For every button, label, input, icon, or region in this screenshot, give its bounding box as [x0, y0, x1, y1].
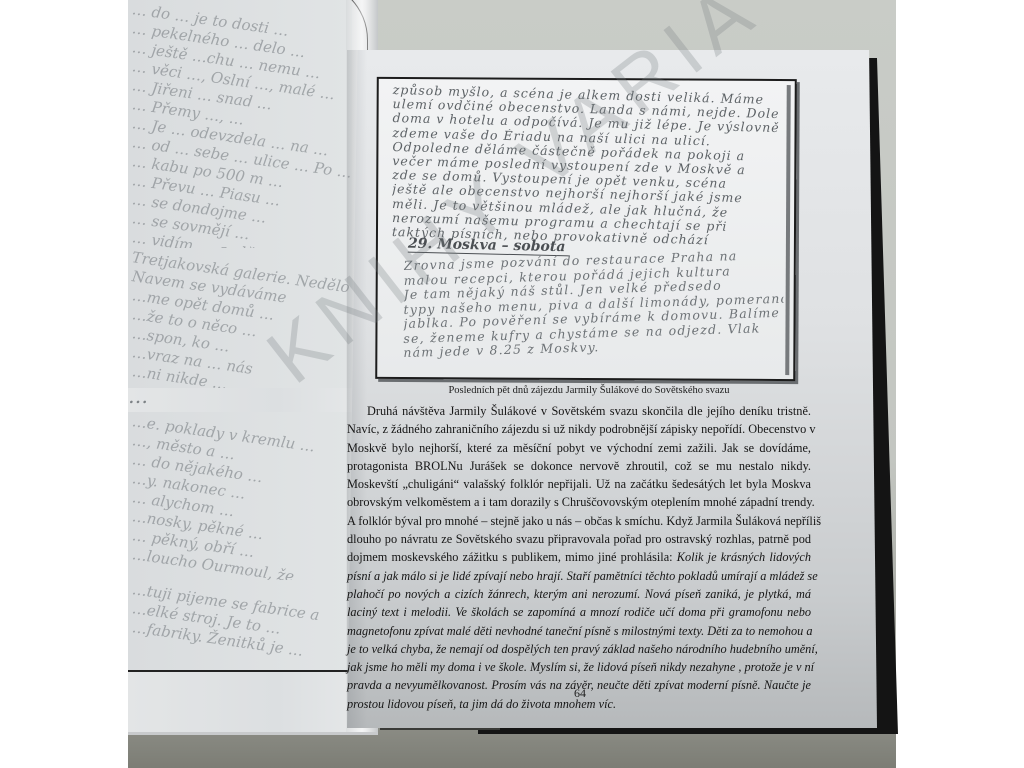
quote-line: magnetofonu zpívat malé děti nevhodné ta…: [347, 622, 811, 640]
handwriting-scan-3: …e. poklady v kremlu … …, město a … … do…: [128, 412, 352, 582]
body-line: obrovským velkoměstem a i tam dorazily s…: [347, 493, 811, 511]
body-line: Moskvě bylo nejhorší, které za měsíční p…: [347, 439, 811, 457]
handwriting-scan-2: Tretjakovská galerie. Nedělo Navem se vy…: [128, 248, 352, 388]
body-line-mixed: dojmem moskevského zážitku s publikem, m…: [347, 548, 811, 566]
quote-line: laciný text i melodii. Ve školách se zap…: [347, 603, 811, 621]
page-number: 64: [560, 686, 600, 701]
quote-line: jak jsme ho měli my doma i ve škole. Mys…: [347, 658, 811, 676]
photo-margin-right: [896, 0, 1024, 768]
body-line: protagonista BROLNu Jurášek se dokonce n…: [347, 457, 811, 475]
diary-text-top: způsob myšlo, a scéna je alkem dosti vel…: [392, 83, 783, 241]
figure-caption: Posledních pět dnů zájezdu Jarmily Šulák…: [376, 385, 802, 396]
left-page: … do … je to dosti … … pekelného … delo …: [128, 0, 378, 735]
quote-line: je to velká chyba, že nemají od dospělýc…: [347, 640, 811, 658]
quote-line: písní a jak málo si je lidé zpívají nebo…: [347, 567, 811, 585]
body-line: Navíc, z žádného zahraničního zájezdu si…: [347, 420, 811, 438]
diary-scan-figure: způsob myšlo, a scéna je alkem dosti vel…: [375, 77, 797, 381]
photo-margin-left: [0, 0, 128, 768]
body-line-plain-part: dojmem moskevského zážitku s publikem, m…: [347, 550, 677, 564]
handwriting-scan-4: …tuji pijeme se fabrice a …elké stroj. J…: [128, 580, 352, 672]
body-text: Druhá návštěva Jarmily Šulákové v Sověts…: [347, 402, 811, 713]
quote-start: Kolik je krásných lidových: [677, 550, 811, 564]
quote-line: plahočí po nových a cizích žánrech, kter…: [347, 585, 811, 603]
body-line: dlouho po návratu ze Sovětského svazu př…: [347, 530, 811, 548]
diary-text-bottom: Zrovna jsme pozvání do restaurace Praha …: [403, 259, 784, 362]
body-line: Moskevští „chuligáni“ valašský folklór n…: [347, 475, 811, 493]
diary-date-heading: 29. Moskva – sobota: [408, 236, 570, 257]
body-line: Druhá návštěva Jarmily Šulákové v Sověts…: [347, 402, 811, 420]
body-line: A folklór býval pro mnohé – stejně jako …: [347, 512, 811, 530]
